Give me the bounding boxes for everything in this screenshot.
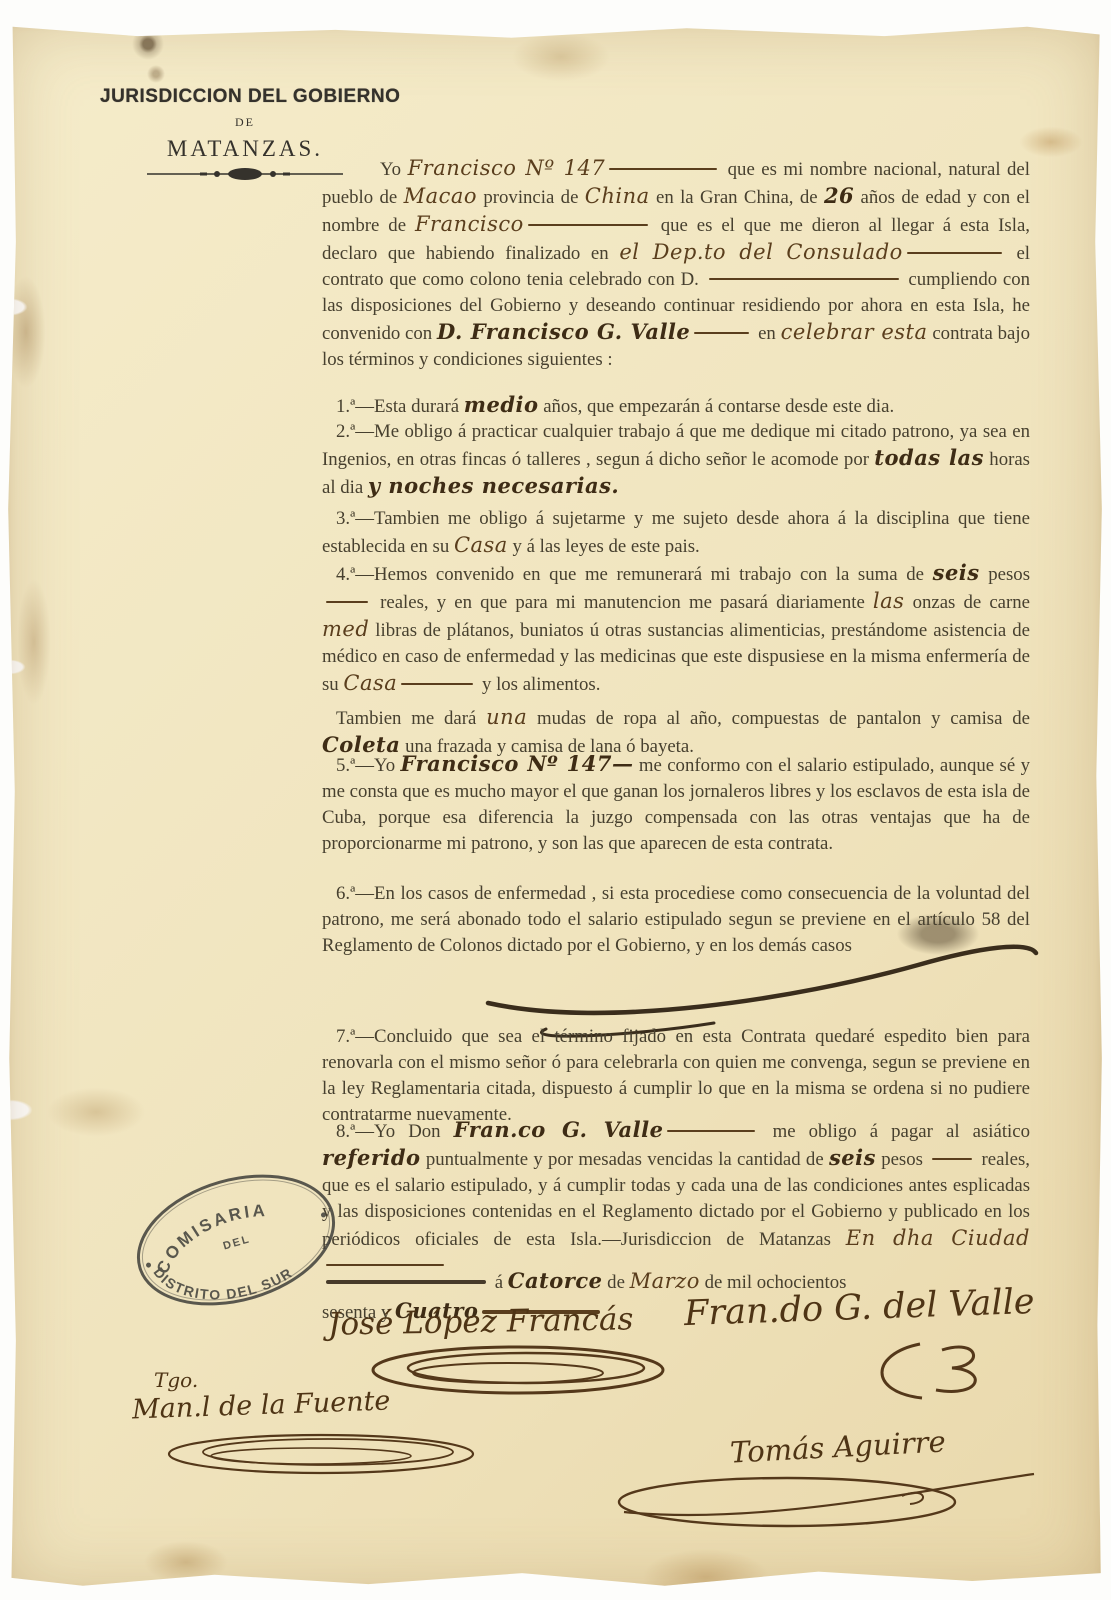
blank-line: [326, 1280, 486, 1284]
witness-label: Tgo.: [154, 1368, 198, 1392]
printed-text: á: [490, 1272, 508, 1293]
ornament-rule: [145, 166, 345, 182]
printed-text: pesos: [980, 564, 1030, 585]
clause-8: 8.ª—Yo Don Fran.co G. Valle me obligo á …: [322, 1117, 1030, 1279]
clause-2: 2.ª—Me obligo á practicar cualquier trab…: [322, 419, 1030, 501]
printed-text: reales, y en que para mi manutencion me …: [372, 592, 873, 613]
handwritten-town: Macao: [404, 184, 477, 208]
paragraph-intro: Yo Francisco Nº 147 que es mi nombre nac…: [322, 155, 1030, 373]
printed-text: onzas de carne: [904, 592, 1030, 613]
blank-line: [401, 683, 473, 686]
blank-line: [907, 252, 1002, 255]
blank-line: [609, 168, 717, 171]
handwritten-age: 26: [824, 183, 854, 208]
printed-text: puntualmente y por mesadas vencidas la c…: [421, 1149, 829, 1170]
handwritten-name2: Francisco: [415, 212, 524, 236]
blank-line: [667, 1130, 755, 1133]
printed-text: en: [753, 323, 780, 344]
letterhead-line1: JURISDICCION DEL GOBIERNO: [100, 86, 390, 108]
printed-text: Tambien me dará: [336, 708, 486, 729]
handwritten-entry: una: [486, 705, 527, 729]
handwritten-day: Catorce: [508, 1268, 603, 1293]
blank-line: [932, 1158, 972, 1161]
signature-left-flourish: [358, 1340, 688, 1402]
handwritten-patron-name: D. Francisco G. Valle: [437, 319, 690, 344]
printed-text: 5.ª—Yo: [336, 755, 401, 776]
witness-flourish: [156, 1428, 496, 1480]
handwritten-entry: Casa: [454, 533, 508, 557]
blank-line: [709, 278, 899, 281]
handwritten-province: China: [585, 184, 650, 208]
clause-1: 1.ª—Esta durará medio años, que empezará…: [322, 392, 1030, 420]
printed-text: Yo: [380, 159, 408, 180]
printed-text: en la Gran China, de: [650, 187, 824, 208]
handwritten-place-finished: el Dep.to del Consulado: [619, 240, 902, 264]
clause-7: 7.ª—Concluido que sea el término fijado …: [322, 1024, 1030, 1128]
handwritten-entry: las: [873, 589, 905, 613]
comisaria-stamp: COMISARIA DEL DISTRITO DEL SUR: [117, 1148, 355, 1333]
printed-text: provincia de: [477, 187, 585, 208]
printed-text: años, que empezarán á contarse desde est…: [539, 396, 895, 417]
printed-text: y los alimentos.: [477, 674, 600, 695]
document-paper: JURISDICCION DEL GOBIERNO DE MATANZAS. Y…: [6, 22, 1104, 1592]
blank-line: [694, 332, 749, 335]
letterhead-line2: DE: [100, 115, 390, 130]
printed-text: pesos: [876, 1149, 928, 1170]
handwritten-name: Francisco Nº 147: [408, 156, 606, 180]
clause-4: 4.ª—Hemos convenido en que me remunerará…: [322, 560, 1030, 698]
printed-text: 4.ª—Hemos convenido en que me remunerará…: [336, 564, 933, 585]
handwritten-duration: medio: [464, 392, 539, 417]
blank-line: [528, 224, 648, 227]
printed-text: y á las leyes de este pais.: [508, 536, 700, 557]
printed-text: 1.ª—Esta durará: [336, 396, 464, 417]
handwritten-city: En dha Ciudad: [846, 1226, 1030, 1250]
handwritten-entry: celebrar esta: [781, 320, 928, 344]
printed-text: me obligo á pagar al asiático: [759, 1121, 1030, 1142]
handwritten-patron-name: Fran.co G. Valle: [454, 1117, 664, 1142]
handwritten-month: Marzo: [630, 1269, 700, 1293]
signature-right-flourish: [862, 1338, 1012, 1404]
stamp-center: DEL: [222, 1233, 252, 1252]
clause-5: 5.ª—Yo Francisco Nº 147— me conformo con…: [322, 751, 1030, 857]
clause-3: 3.ª—Tambien me obligo á sujetarme y me s…: [322, 506, 1030, 560]
printed-text: 7.ª—Concluido que sea el término fijado …: [322, 1026, 1030, 1125]
printed-text: mudas de ropa al año, compuestas de pant…: [527, 708, 1030, 729]
handwritten-name: Francisco Nº 147—: [401, 751, 634, 776]
handwritten-wage: seis: [933, 560, 980, 585]
signature-left: José López Francás: [328, 1301, 634, 1342]
handwritten-wage: seis: [829, 1145, 876, 1170]
handwritten-nights: y noches necesarias.: [368, 473, 619, 498]
printed-text: 8.ª—Yo Don: [336, 1121, 454, 1142]
handwritten-entry: med: [322, 617, 369, 641]
signature-bottom-flourish: [602, 1460, 1042, 1534]
handwritten-entry: Casa: [343, 671, 397, 695]
handwritten-entry: referido: [322, 1145, 421, 1170]
handwritten-hours: todas las: [874, 445, 984, 470]
printed-text: de: [602, 1272, 629, 1293]
blank-line: [326, 601, 368, 604]
